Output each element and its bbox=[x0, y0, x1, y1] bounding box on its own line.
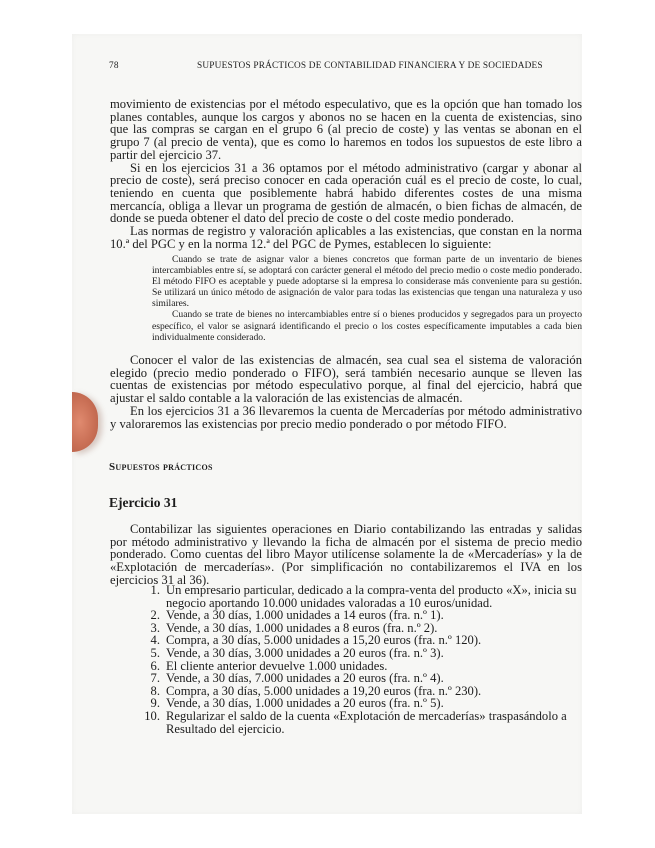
list-item: 10.Regularizar el saldo de la cuenta «Ex… bbox=[132, 710, 582, 735]
scanned-page: 78 SUPUESTOS PRÁCTICOS DE CONTABILIDAD F… bbox=[72, 34, 582, 814]
exercise-title: Ejercicio 31 bbox=[109, 495, 177, 511]
exercise-statement: Contabilizar las siguientes operaciones … bbox=[110, 523, 582, 587]
section-title: Supuestos prácticos bbox=[109, 461, 213, 473]
paragraph: Si en los ejercicios 31 a 36 optamos por… bbox=[110, 162, 582, 226]
intro-text: movimiento de existencias por el método … bbox=[110, 98, 582, 250]
after-quote-text: Conocer el valor de las existencias de a… bbox=[110, 354, 582, 430]
list-item: 1.Un empresario particular, dedicado a l… bbox=[132, 584, 582, 609]
list-item: 2.Vende, a 30 días, 1.000 unidades a 14 … bbox=[132, 609, 582, 622]
paragraph: En los ejercicios 31 a 36 llevaremos la … bbox=[110, 405, 582, 430]
running-title: SUPUESTOS PRÁCTICOS DE CONTABILIDAD FINA… bbox=[197, 61, 543, 71]
page-number: 78 bbox=[109, 61, 169, 71]
quote-paragraph: Cuando se trate de bienes no intercambia… bbox=[152, 309, 582, 342]
paragraph: Conocer el valor de las existencias de a… bbox=[110, 354, 582, 405]
paragraph: Las normas de registro y valoración apli… bbox=[110, 225, 582, 250]
operations-list: 1.Un empresario particular, dedicado a l… bbox=[132, 584, 582, 735]
norm-quote: Cuando se trate de asignar valor a biene… bbox=[152, 254, 582, 343]
running-header: 78 SUPUESTOS PRÁCTICOS DE CONTABILIDAD F… bbox=[109, 61, 562, 71]
paragraph: movimiento de existencias por el método … bbox=[110, 98, 582, 162]
paragraph: Contabilizar las siguientes operaciones … bbox=[110, 523, 582, 587]
quote-paragraph: Cuando se trate de asignar valor a biene… bbox=[152, 254, 582, 309]
list-item: 7.Vende, a 30 días, 7.000 unidades a 20 … bbox=[132, 672, 582, 685]
list-item: 5.Vende, a 30 días, 3.000 unidades a 20 … bbox=[132, 647, 582, 660]
